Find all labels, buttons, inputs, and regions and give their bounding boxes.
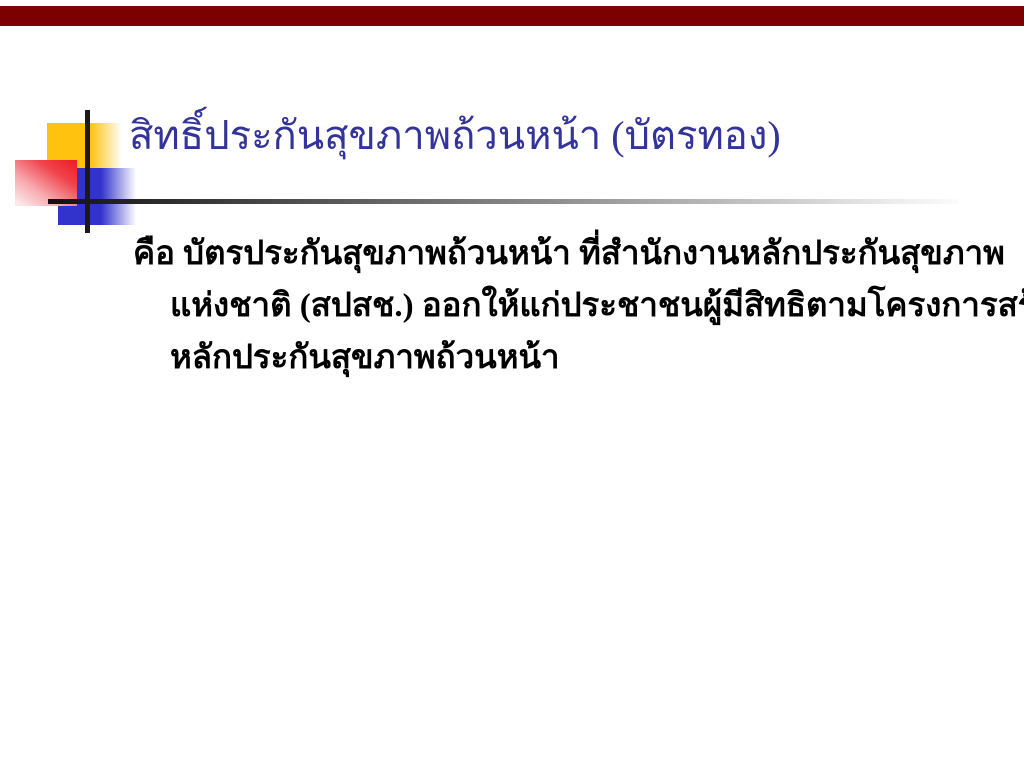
- slide-body: คือ บัตรประกันสุขภาพถ้วนหน้า ที่สำนักงาน…: [133, 228, 993, 384]
- body-line-2: แห่งชาติ (สปสช.) ออกให้แก่ประชาชนผู้มีสิ…: [133, 280, 993, 332]
- horizontal-rule: [48, 199, 958, 204]
- vertical-crosshair-line: [85, 110, 90, 233]
- slide-title: สิทธิ์ประกันสุขภาพถ้วนหน้า (บัตรทอง): [129, 104, 989, 168]
- body-line-1: คือ บัตรประกันสุขภาพถ้วนหน้า ที่สำนักงาน…: [133, 228, 993, 280]
- top-accent-bar: [0, 6, 1024, 26]
- body-line-3: หลักประกันสุขภาพถ้วนหน้า: [133, 332, 993, 384]
- slide: สิทธิ์ประกันสุขภาพถ้วนหน้า (บัตรทอง) คือ…: [0, 0, 1024, 768]
